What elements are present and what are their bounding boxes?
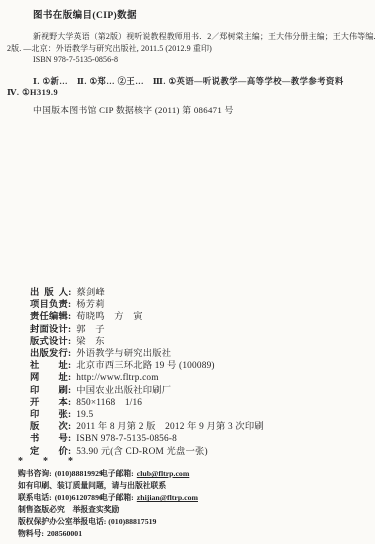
separator-stars: * * * bbox=[18, 456, 73, 468]
purchase-label: 购书咨询: bbox=[18, 469, 52, 478]
quality-note-line: 如有印刷、装订质量问题，请与出版社联系 bbox=[18, 480, 198, 492]
colophon-label: 印 张: bbox=[30, 410, 71, 420]
colophon-label: 印 刷: bbox=[30, 386, 71, 396]
email-label: 电子邮箱: bbox=[100, 493, 134, 502]
colophon-value: 53.90 元(含 CD-ROM 光盘一张) bbox=[76, 447, 207, 457]
colophon-row: 印 张:19.5 bbox=[30, 409, 264, 421]
cip-data-block: 图书在版编目(CIP)数据 新视野大学英语（第2版）视听说教程教师用书．2／郑树… bbox=[0, 10, 375, 116]
colophon-value: 外语教学与研究出版社 bbox=[76, 349, 171, 359]
colophon-row: 出 版 人:蔡剑峰 bbox=[30, 287, 264, 299]
purchase-phone: (010)88819929 bbox=[55, 469, 103, 478]
material-number-line: 物料号:208560001 bbox=[18, 528, 198, 540]
cip-classification-line: Ⅰ. ①新… Ⅱ. ①郑… ②王… Ⅲ. ①英语—听说教学—高等学校—教学参考资… bbox=[33, 76, 375, 88]
cip-description-line: 新视野大学英语（第2版）视听说教程教师用书．2／郑树棠主编；王大伟分册主编；王大… bbox=[33, 31, 375, 43]
contact-block: 购书咨询:(010)88819929电子邮箱:club@fltrp.com 如有… bbox=[18, 468, 198, 541]
cip-description-line: 2版. —北京：外语教学与研究出版社, 2011.5 (2012.9 重印) bbox=[7, 43, 375, 55]
colophon-value: http://www.fltrp.com bbox=[76, 373, 158, 383]
colophon-value: 杨芳莉 bbox=[76, 300, 105, 310]
cip-classification: Ⅰ. ①新… Ⅱ. ①郑… ②王… Ⅲ. ①英语—听说教学—高等学校—教学参考资… bbox=[0, 76, 375, 99]
colophon-row: 责任编辑:荀晓鸣 方 寅 bbox=[30, 311, 264, 323]
colophon-value: 中国农业出版社印刷厂 bbox=[76, 386, 171, 396]
colophon-row: 项目负责:杨芳莉 bbox=[30, 299, 264, 311]
colophon-label: 书 号: bbox=[30, 434, 71, 444]
colophon-value: 北京市西三环北路 19 号 (100089) bbox=[76, 361, 214, 371]
colophon-label: 开 本: bbox=[30, 398, 71, 408]
colophon-row: 封面设计:郭 子 bbox=[30, 324, 264, 336]
antipiracy-line: 制售盗版必究 举报查实奖励 bbox=[18, 504, 198, 516]
scanned-copyright-page: 图书在版编目(CIP)数据 新视野大学英语（第2版）视听说教程教师用书．2／郑树… bbox=[0, 0, 375, 544]
colophon-row: 出版发行:外语教学与研究出版社 bbox=[30, 348, 264, 360]
cip-registry-number: 中国版本图书馆 CIP 数据核字 (2011) 第 086471 号 bbox=[33, 104, 375, 116]
cip-description: 新视野大学英语（第2版）视听说教程教师用书．2／郑树棠主编；王大伟分册主编；王大… bbox=[0, 31, 375, 66]
colophon-value: 19.5 bbox=[76, 410, 93, 420]
colophon-row: 版式设计:梁 东 bbox=[30, 336, 264, 348]
colophon-label: 责任编辑: bbox=[30, 312, 71, 322]
colophon-value: 荀晓鸣 方 寅 bbox=[76, 312, 142, 322]
email-label: 电子邮箱: bbox=[100, 469, 134, 478]
email-address: zhijian@fltrp.com bbox=[137, 493, 198, 502]
colophon-label: 版 次: bbox=[30, 422, 71, 432]
report-hotline-line: 版权保护办公室举报电话: (010)88817519 bbox=[18, 516, 198, 528]
colophon-value: 2011 年 8 月第 2 版 2012 年 9 月第 3 次印刷 bbox=[76, 422, 264, 432]
material-label: 物料号: bbox=[18, 529, 44, 538]
colophon-row: 社 址:北京市西三环北路 19 号 (100089) bbox=[30, 360, 264, 372]
colophon-label: 封面设计: bbox=[30, 325, 71, 335]
colophon-label: 出版发行: bbox=[30, 349, 71, 359]
colophon-row: 版 次:2011 年 8 月第 2 版 2012 年 9 月第 3 次印刷 bbox=[30, 421, 264, 433]
colophon-label: 版式设计: bbox=[30, 337, 71, 347]
colophon-row: 网 址:http://www.fltrp.com bbox=[30, 372, 264, 384]
material-number: 208560001 bbox=[47, 529, 82, 538]
colophon-value: 郭 子 bbox=[76, 325, 105, 335]
contact-segment: 联系电话:(010)61207896 bbox=[18, 492, 100, 504]
email-address: club@fltrp.com bbox=[137, 469, 190, 478]
colophon-label: 网 址: bbox=[30, 373, 71, 383]
colophon-value: 梁 东 bbox=[76, 337, 105, 347]
contact-phone-line: 联系电话:(010)61207896电子邮箱:zhijian@fltrp.com bbox=[18, 492, 198, 504]
cip-classification-line: Ⅳ. ①H319.9 bbox=[7, 87, 375, 99]
colophon-value: 850×1168 1/16 bbox=[76, 398, 142, 408]
cip-header: 图书在版编目(CIP)数据 bbox=[33, 10, 375, 22]
colophon-label: 项目负责: bbox=[30, 300, 71, 310]
colophon-label: 出 版 人: bbox=[30, 288, 71, 298]
colophon-row: 印 刷:中国农业出版社印刷厂 bbox=[30, 385, 264, 397]
purchase-line: 购书咨询:(010)88819929电子邮箱:club@fltrp.com bbox=[18, 468, 198, 480]
purchase-segment: 购书咨询:(010)88819929 bbox=[18, 468, 100, 480]
colophon-value: ISBN 978-7-5135-0856-8 bbox=[76, 434, 177, 444]
contact-phone: (010)61207896 bbox=[55, 493, 103, 502]
colophon-block: 出 版 人:蔡剑峰 项目负责:杨芳莉 责任编辑:荀晓鸣 方 寅 封面设计:郭 子… bbox=[30, 287, 264, 458]
colophon-label: 社 址: bbox=[30, 361, 71, 371]
colophon-row: 书 号:ISBN 978-7-5135-0856-8 bbox=[30, 433, 264, 445]
colophon-value: 蔡剑峰 bbox=[76, 288, 105, 298]
colophon-row: 开 本:850×1168 1/16 bbox=[30, 397, 264, 409]
contact-label: 联系电话: bbox=[18, 493, 52, 502]
isbn-line: ISBN 978-7-5135-0856-8 bbox=[33, 54, 375, 66]
